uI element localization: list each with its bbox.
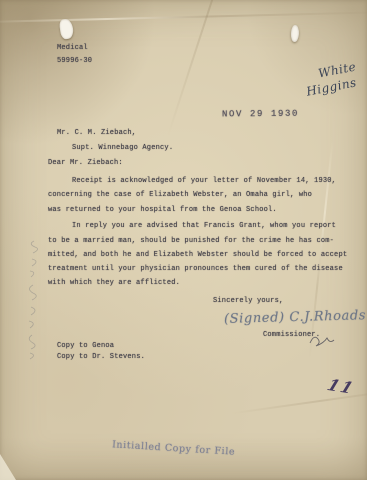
body-p1-line3: was returned to your hospital from the G… <box>48 206 277 214</box>
body-p2-line5: with which they are afflicted. <box>48 279 180 287</box>
file-ref-number: 59996-30 <box>57 57 92 65</box>
letter-scan: Medical 59996-30 White Higgins NOV 29 19… <box>0 0 367 480</box>
body-p2-line3: mitted, and both he and Elizabeth Webste… <box>48 251 347 259</box>
valediction: Sincerely yours, <box>213 297 283 305</box>
handwritten-note-line2: Higgins <box>305 75 358 98</box>
date-stamp: NOV 29 1930 <box>222 109 299 120</box>
recipient-name: Mr. C. M. Ziebach, <box>57 129 136 137</box>
cc-line-dr-stevens: Copy to Dr. Stevens. <box>57 353 145 361</box>
salutation: Dear Mr. Ziebach: <box>48 159 123 167</box>
paper-crease <box>0 11 367 23</box>
body-p1-line1: Receipt is acknowledged of your letter o… <box>72 177 336 185</box>
body-p2-line1: In reply you are advised that Francis Gr… <box>72 222 336 230</box>
body-p2-line4: treatment until your physician pronounce… <box>48 265 343 273</box>
cc-line-genoa: Copy to Genoa <box>57 342 114 350</box>
paper-crease <box>309 140 334 359</box>
page-number: 11 <box>325 375 358 397</box>
file-copy-stamp: Initialled Copy for File <box>112 439 236 457</box>
clerk-initials-scribble <box>308 333 336 349</box>
scan-corner-wedge <box>0 454 16 480</box>
signature-stamp: (Signed) C.J.Rhoads <box>224 308 366 327</box>
file-ref-category: Medical <box>57 44 88 52</box>
paper-crease <box>167 0 215 137</box>
body-p2-line2: to be a married man, should be punished … <box>48 237 334 245</box>
body-p1-line2: concerning the case of Elizabeth Webster… <box>48 191 312 199</box>
margin-annotation-scribble <box>20 235 46 365</box>
pin-hole <box>290 25 299 43</box>
pin-hole <box>59 18 75 40</box>
recipient-title: Supt. Winnebago Agency. <box>72 144 173 152</box>
